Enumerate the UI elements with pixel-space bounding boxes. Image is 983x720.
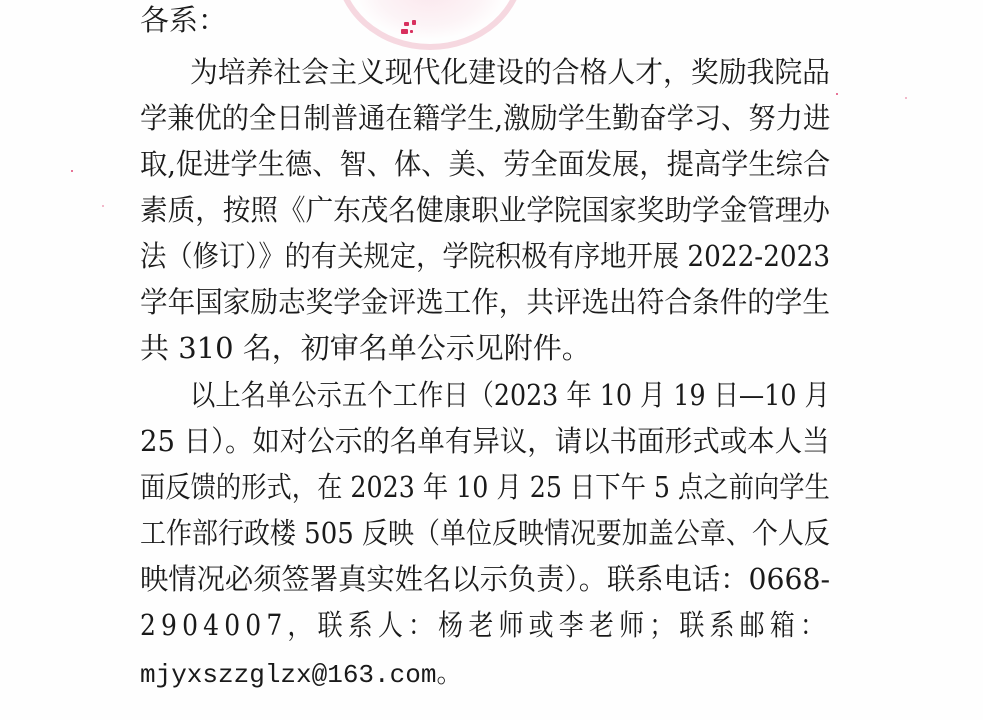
paragraph-2-line-1: 以上名单公示五个工作日（2023 年 10 月 19 日—10 月 — [190, 378, 830, 412]
paragraph-2-line-3: 面反馈的形式，在 2023 年 10 月 25 日下午 5 点之前向学生 — [140, 470, 830, 504]
paragraph-2-line-4: 工作部行政楼 505 反映（单位反映情况要加盖公章、个人反 — [140, 516, 830, 550]
paragraph-2-line-6: 2904007，联系人：杨老师或李老师；联系邮箱： — [140, 608, 830, 642]
paragraph-1-line-3: 取,促进学生德、智、体、美、劳全面发展，提高学生综合 — [140, 147, 830, 181]
paragraph-1-line-2: 学兼优的全日制普通在籍学生,激励学生勤奋学习、努力进 — [140, 101, 830, 135]
paragraph-2-line-2: 25 日）。如对公示的名单有异议，请以书面形式或本人当 — [140, 424, 830, 458]
scan-speck — [102, 205, 104, 207]
paragraph-2-line-5: 映情况必须签署真实姓名以示负责）。联系电话：0668- — [140, 562, 830, 596]
scan-speck — [71, 170, 73, 172]
salutation: 各系： — [140, 3, 830, 37]
contact-email-link[interactable]: mjyxszzglzx@163.com。 — [140, 658, 830, 692]
scan-speck — [905, 97, 907, 99]
paragraph-1-line-1: 为培养社会主义现代化建设的合格人才，奖励我院品 — [190, 55, 830, 89]
scan-speck — [836, 93, 838, 95]
paragraph-1-line-5: 法（修订）》的有关规定，学院积极有序地开展 2022-2023 — [140, 239, 830, 273]
document-page: 各系： 为培养社会主义现代化建设的合格人才，奖励我院品 学兼优的全日制普通在籍学… — [0, 0, 983, 720]
paragraph-1-line-7: 共 310 名，初审名单公示见附件。 — [140, 331, 830, 365]
paragraph-1-line-4: 素质，按照《广东茂名健康职业学院国家奖助学金管理办 — [140, 193, 830, 227]
paragraph-1-line-6: 学年国家励志奖学金评选工作，共评选出符合条件的学生 — [140, 285, 830, 319]
